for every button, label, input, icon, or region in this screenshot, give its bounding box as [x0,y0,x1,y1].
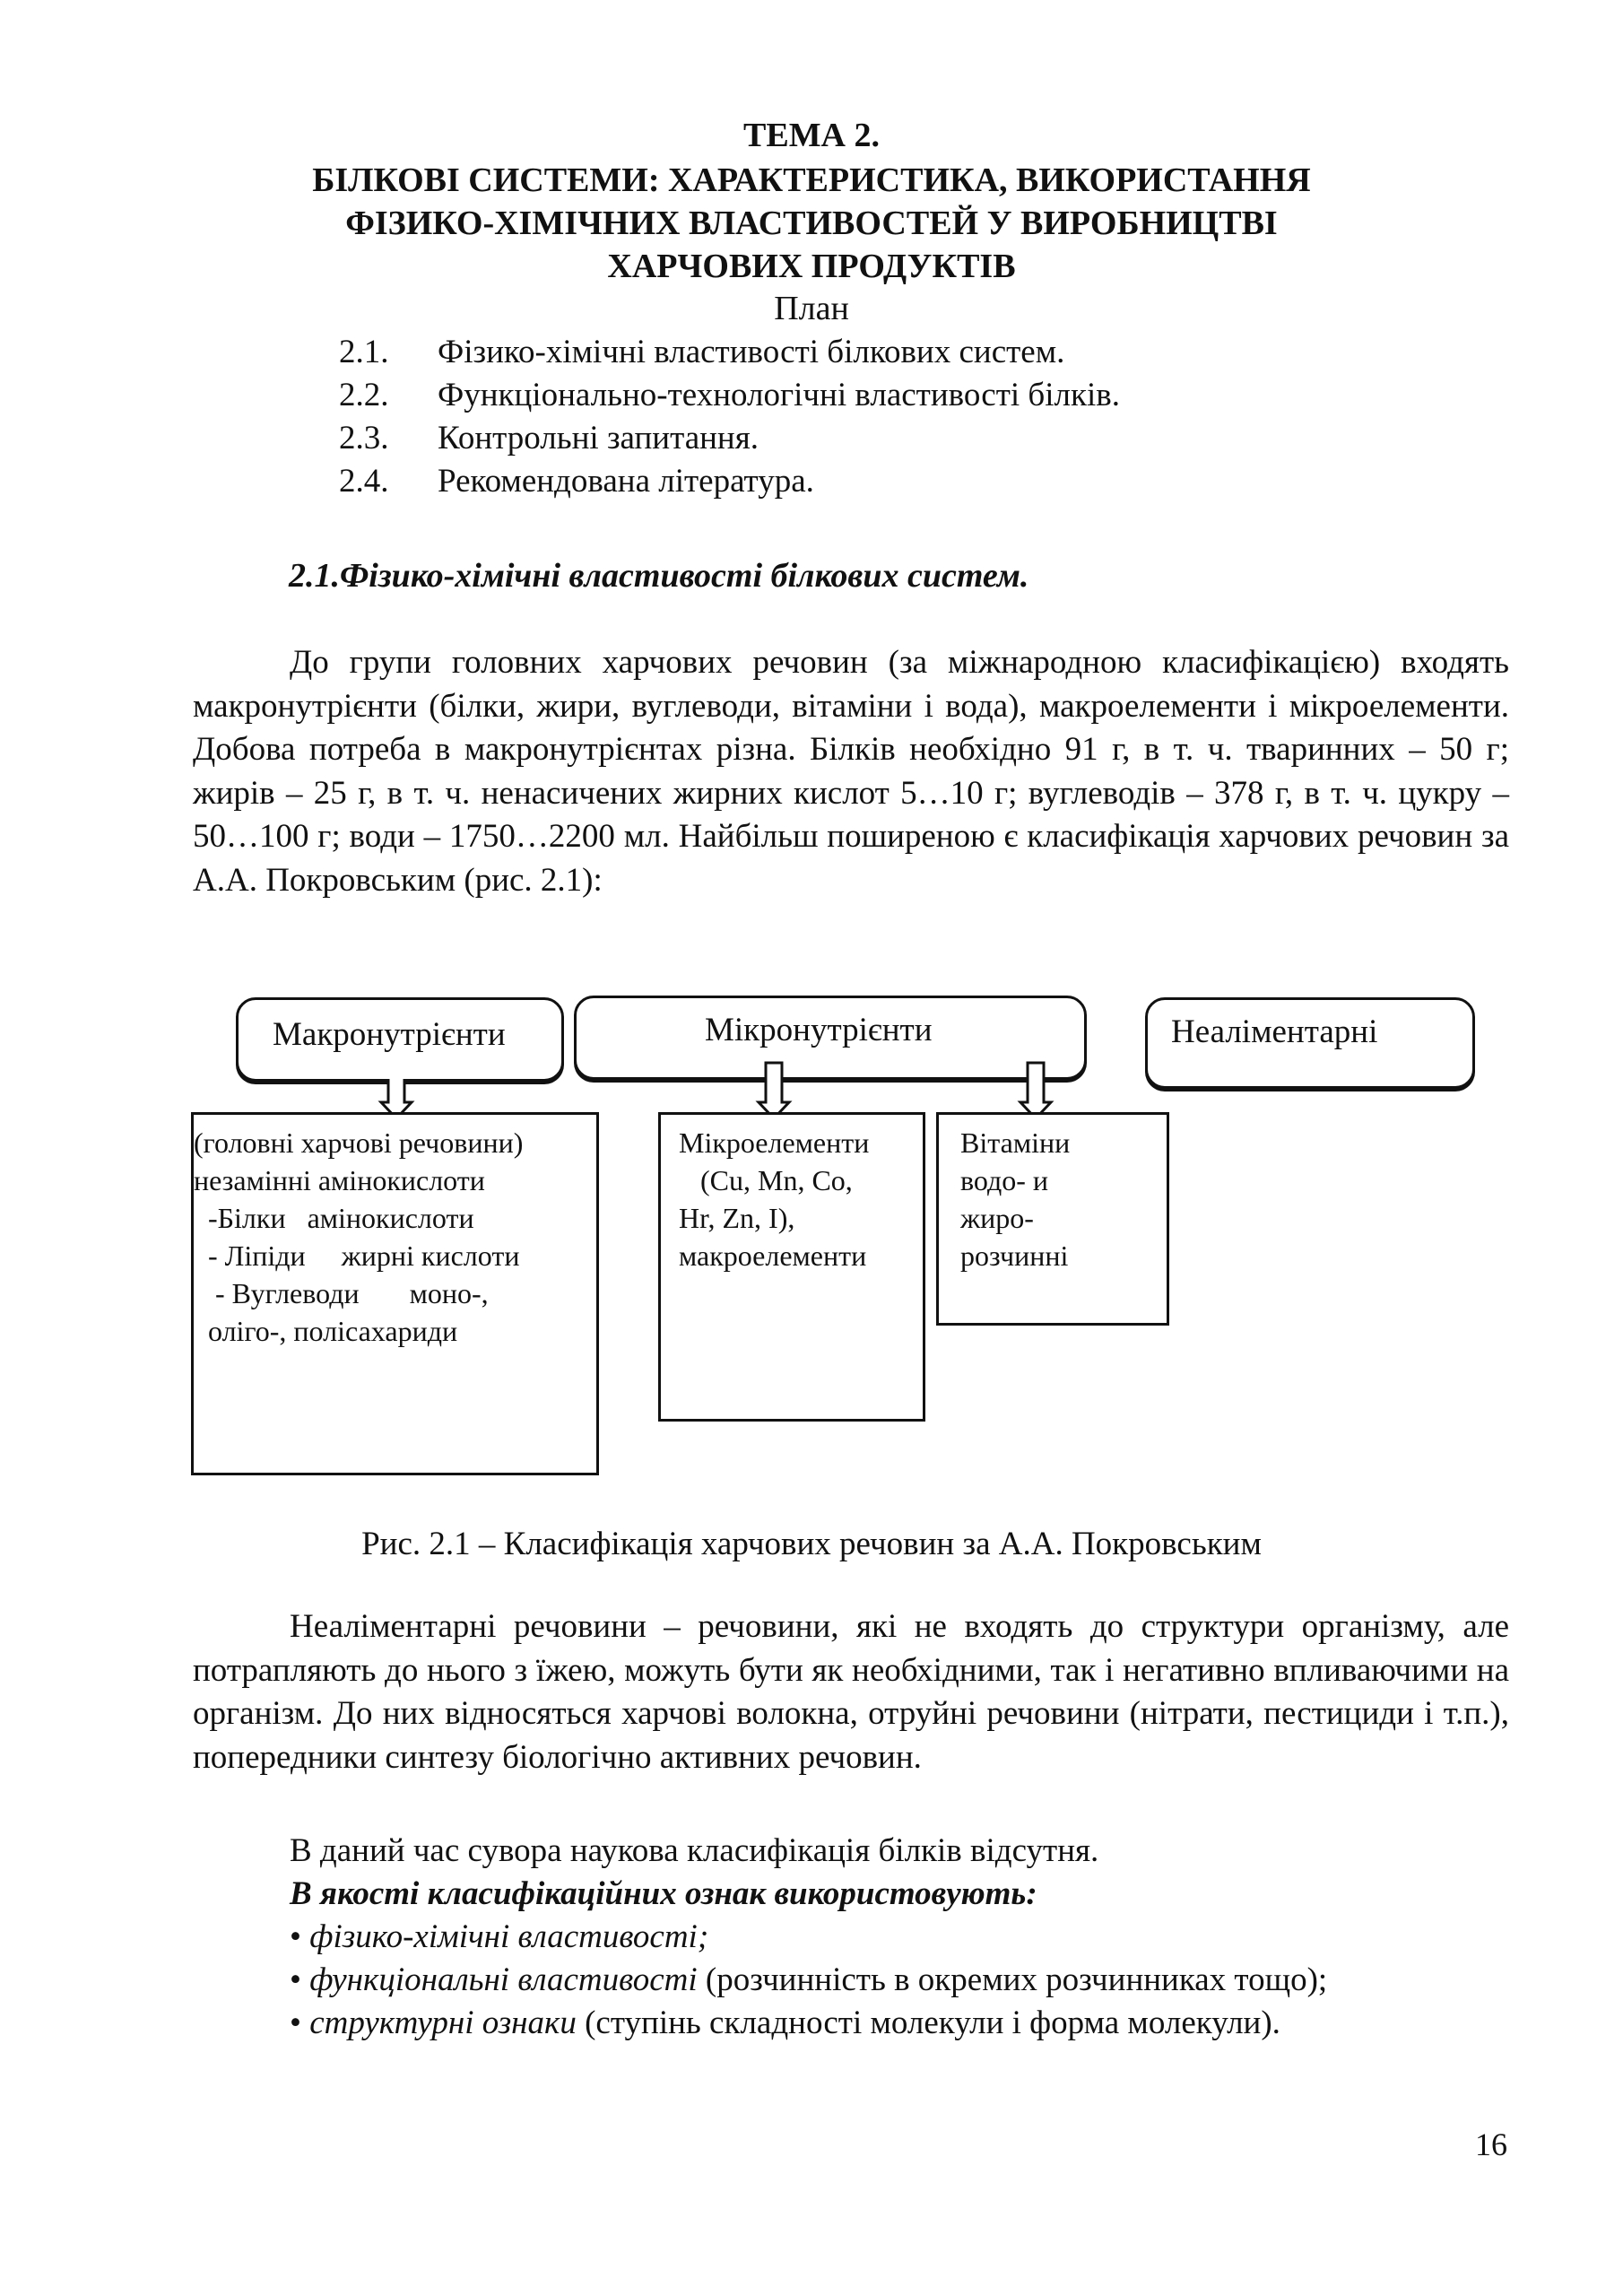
micronutrients-label: Мікронутрієнти [705,1011,933,1049]
micronutrients-box: Мікронутрієнти [574,996,1087,1080]
criteria-item: • структурні ознаки (ступінь складності … [290,2002,1280,2045]
bullet-icon: • [290,1918,301,1955]
plan-item: 2.2.Функціонально-технологічні властивос… [339,375,1120,416]
plan-item: 2.4.Рекомендована література. [339,461,814,502]
nonalimentary-text: Неаліментарні речовини – речовини, які н… [193,1608,1509,1776]
macronutrients-box: Макронутрієнти [236,997,564,1082]
microelements-text: Мікроелементи (Cu, Mn, Co, Hr, Zn, I), м… [679,1124,869,1274]
plan-item-text: Фізико-хімічні властивості білкових сист… [438,334,1064,370]
title-line-3: ХАРЧОВИХ ПРОДУКТІВ [0,246,1623,287]
nonalimentary-box: Неаліментарні [1145,997,1475,1089]
topic-number: ТЕМА 2. [0,115,1623,156]
criteria-detail: (ступінь складності молекули і форма мол… [577,2005,1280,2041]
criteria-heading: В якості класифікаційних ознак використо… [290,1873,1037,1916]
plan-item-text: Контрольні запитання. [438,420,759,457]
plan-item-number: 2.3. [339,418,438,459]
criteria-term: структурні ознаки [309,2005,577,2041]
bullet-icon: • [290,2005,301,2041]
plan-item-text: Функціонально-технологічні властивості б… [438,377,1120,413]
title-line-2: ФІЗИКО-ХІМІЧНИХ ВЛАСТИВОСТЕЙ У ВИРОБНИЦТ… [0,203,1623,244]
plan-item-number: 2.4. [339,461,438,502]
title-line-1: БІЛКОВІ СИСТЕМИ: ХАРАКТЕРИСТИКА, ВИКОРИС… [0,160,1623,201]
nonalimentary-label: Неаліментарні [1171,1013,1377,1051]
criteria-item: • функціональні властивості (розчинність… [290,1959,1327,2002]
criteria-term: функціональні властивості [309,1961,697,1998]
vitamins-text: Вітаміни водо- и жиро- розчинні [960,1124,1070,1274]
nonalimentary-paragraph: Неаліментарні речовини – речовини, які н… [193,1605,1509,1779]
criteria-term: фізико-хімічні властивості; [309,1918,708,1955]
plan-item: 2.1.Фізико-хімічні властивості білкових … [339,332,1064,373]
no-classification-line: В даний час сувора наукова класифікація … [290,1830,1098,1873]
page-number: 16 [1475,2126,1507,2163]
bullet-icon: • [290,1961,301,1998]
vitamins-box: Вітаміни водо- и жиро- розчинні [936,1112,1169,1326]
plan-item-number: 2.2. [339,375,438,416]
plan-label: План [0,289,1623,328]
macronutrients-label: Макронутрієнти [273,1015,506,1054]
figure-caption: Рис. 2.1 – Класифікація харчових речовин… [0,1525,1623,1563]
criteria-detail: (розчинність в окремих розчинниках тощо)… [698,1961,1328,1998]
criteria-item: • фізико-хімічні властивості; [290,1916,708,1959]
macronutrients-detail-text: (головні харчові речовини) незамінні амі… [194,1124,523,1350]
plan-item: 2.3.Контрольні запитання. [339,418,759,459]
intro-paragraph: До групи головних харчових речовин (за м… [193,641,1509,902]
plan-item-number: 2.1. [339,332,438,373]
intro-text: До групи головних харчових речовин (за м… [193,644,1509,899]
plan-item-text: Рекомендована література. [438,463,814,500]
macronutrients-detail-box: (головні харчові речовини) незамінні амі… [191,1112,599,1475]
microelements-box: Мікроелементи (Cu, Mn, Co, Hr, Zn, I), м… [658,1112,925,1422]
section-heading: 2.1.Фізико-хімічні властивості білкових … [289,556,1028,596]
